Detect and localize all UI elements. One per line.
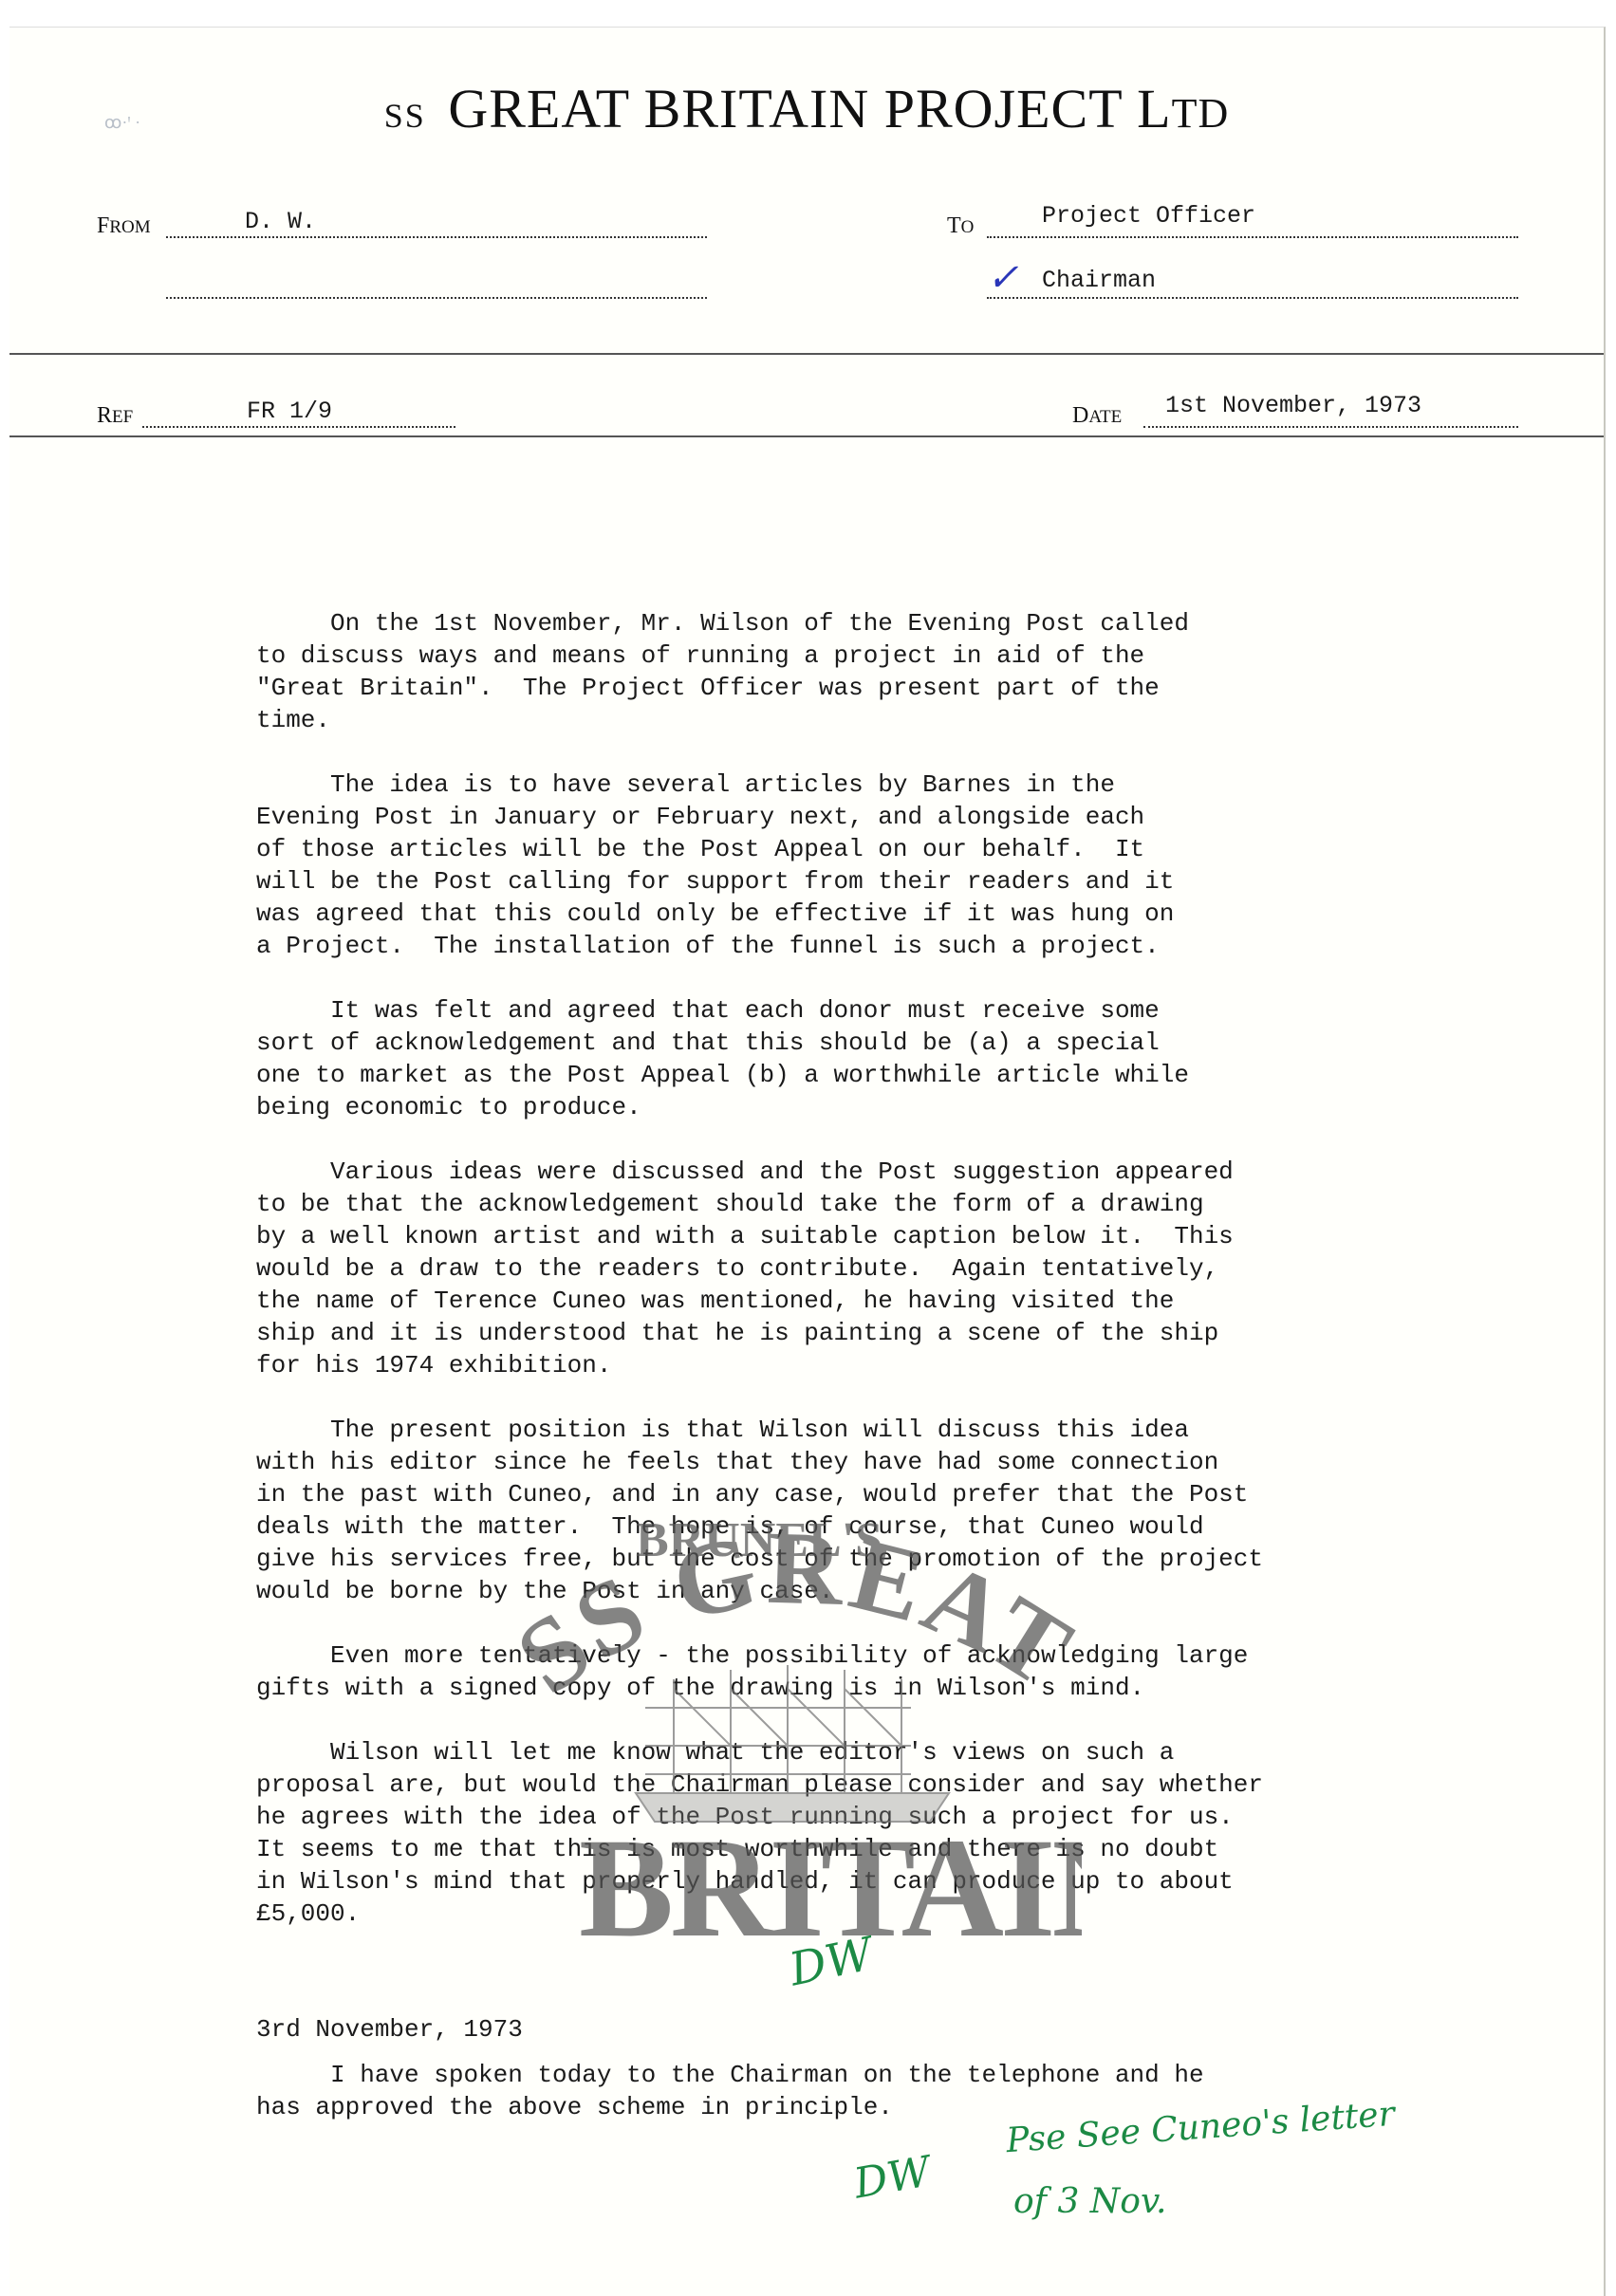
paragraph-4: Various ideas were discussed and the Pos… <box>256 1156 1395 1381</box>
date-value: 1st November, 1973 <box>1165 392 1421 419</box>
paragraph-6: Even more tentatively - the possibility … <box>256 1639 1395 1704</box>
letterhead-prefix: SS <box>384 97 426 135</box>
ref-line <box>142 426 455 428</box>
date-line <box>1143 426 1518 428</box>
from-line-2 <box>166 297 707 299</box>
paragraph-3: It was felt and agreed that each donor m… <box>256 994 1395 1123</box>
postscript-date: 3rd November, 1973 <box>256 2015 523 2044</box>
check-mark-icon: ✓ <box>987 255 1019 300</box>
paragraph-1: On the 1st November, Mr. Wilson of the E… <box>256 607 1395 736</box>
header-divider-bottom <box>9 435 1604 437</box>
header-divider-top <box>9 353 1604 355</box>
from-label: FROM <box>97 213 151 239</box>
to-label: TO <box>947 213 974 239</box>
handwritten-note-line-2: of 3 Nov. <box>1013 2182 1166 2221</box>
to-recipient-chairman: Chairman <box>1042 267 1156 294</box>
ref-label: REF <box>97 403 133 429</box>
letterhead-name: GREAT BRITAIN PROJECT <box>448 78 1122 139</box>
to-line-2 <box>987 297 1518 299</box>
letterhead-title: SS GREAT BRITAIN PROJECT LTD <box>9 77 1604 140</box>
letterhead-suffix-initial: L <box>1137 78 1171 139</box>
date-label: DATE <box>1072 403 1122 429</box>
to-line <box>987 236 1518 238</box>
paragraph-7: Wilson will let me know what the editor'… <box>256 1736 1395 1930</box>
paragraph-2: The idea is to have several articles by … <box>256 768 1395 962</box>
ref-value: FR 1/9 <box>247 398 332 425</box>
from-value: D. W. <box>245 208 316 235</box>
letterhead-suffix-rest: TD <box>1172 90 1230 137</box>
memo-body: On the 1st November, Mr. Wilson of the E… <box>256 607 1395 1962</box>
to-recipient-project-officer: Project Officer <box>1042 202 1255 230</box>
paragraph-5: The present position is that Wilson will… <box>256 1414 1395 1607</box>
from-line <box>166 236 707 238</box>
